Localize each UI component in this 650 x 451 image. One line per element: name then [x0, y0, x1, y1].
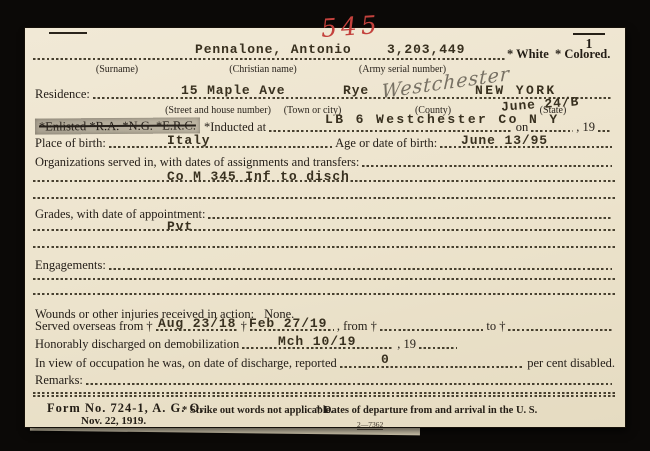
blank-rule-3: [33, 278, 617, 280]
residence-label: Residence:: [35, 87, 90, 101]
overseas-from-rule: [380, 329, 484, 331]
induction-year-label: , 19: [576, 120, 595, 134]
blank-rule-5: [33, 392, 617, 394]
race-options-label: * White * Colored.: [507, 47, 610, 62]
top-left-dash: [49, 32, 87, 34]
blank-rule-1: [33, 197, 617, 199]
dagger-note: † Dates of departure from and arrival in…: [316, 405, 537, 416]
birth-date-label: Age or date of birth:: [335, 136, 437, 150]
strike-out-note: * Strike out words not applicable.: [182, 405, 333, 416]
birth-place-label: Place of birth:: [35, 136, 106, 150]
print-code: 2—7362: [357, 420, 383, 430]
service-record-card: 545 Pennalone, Antonio 3,203,449 1 * Whi…: [25, 28, 625, 427]
header-rule: [33, 58, 505, 60]
remarks-label: Remarks:: [35, 373, 83, 387]
typed-induction-place: LB 6 Westchester Co N Y: [325, 112, 560, 127]
remarks-rule: [86, 383, 612, 385]
organizations-row: Organizations served in, with dates of a…: [35, 155, 615, 169]
engagements-rule: [109, 268, 612, 270]
typed-street: 15 Maple Ave: [181, 83, 285, 98]
disability-value-rule: [340, 366, 524, 368]
birth-place-rule: [109, 146, 332, 148]
handwritten-red-index: 545: [320, 10, 382, 43]
blank-rule-4: [33, 293, 617, 295]
discharge-year-rule: [419, 347, 457, 349]
christian-name-caption: (Christian name): [203, 64, 323, 75]
overseas-dagger: †: [241, 319, 247, 333]
typed-grade: Pvt: [167, 219, 193, 234]
typed-name: Pennalone, Antonio: [195, 42, 352, 57]
form-number: Form No. 724-1, A. G. O.: [47, 401, 204, 416]
typed-overseas-return: Feb 27/19: [249, 316, 327, 331]
typed-disability-percent: 0: [381, 352, 390, 367]
disability-row: In view of occupation he was, on date of…: [35, 356, 615, 370]
grades-rule: [208, 217, 612, 219]
disability-label: In view of occupation he was, on date of…: [35, 356, 337, 370]
blank-rule-6: [33, 395, 617, 397]
inducted-at-label: *Inducted at: [204, 120, 266, 134]
scanned-photo-background: { "colors": { "background": "#0b0907", "…: [0, 0, 650, 451]
typed-birth-place: Italy: [167, 133, 211, 148]
discharge-year-label: , 19: [397, 337, 416, 351]
grade-value-rule: [33, 229, 617, 231]
typed-birth-date: June 13/95: [461, 133, 548, 148]
organizations-label: Organizations served in, with dates of a…: [35, 155, 359, 169]
engagements-label: Engagements:: [35, 258, 106, 272]
induction-year-rule: [598, 130, 612, 132]
overseas-from-label: , from †: [337, 319, 377, 333]
remarks-row: Remarks:: [35, 373, 615, 387]
form-date: Nov. 22, 1919.: [81, 415, 146, 427]
overseas-to-label: to †: [486, 319, 505, 333]
grades-row: Grades, with date of appointment:: [35, 207, 615, 221]
discharge-label: Honorably discharged on demobilization: [35, 337, 239, 351]
disability-suffix: per cent disabled.: [527, 356, 615, 370]
typed-town: Rye: [343, 83, 369, 98]
organization-value-rule: [33, 180, 617, 182]
blank-rule-2: [33, 246, 617, 248]
typed-serial-number: 3,203,449: [387, 42, 465, 57]
overseas-to-rule: [508, 329, 612, 331]
overseas-label: Served overseas from †: [35, 319, 153, 333]
engagements-row: Engagements:: [35, 258, 615, 272]
discharge-row: Honorably discharged on demobilization ,…: [35, 337, 460, 351]
typed-overseas-departure: Aug 23/18: [158, 316, 236, 331]
typed-discharge-date: Mch 10/19: [278, 334, 356, 349]
organizations-rule: [362, 165, 612, 167]
surname-caption: (Surname): [77, 64, 157, 75]
